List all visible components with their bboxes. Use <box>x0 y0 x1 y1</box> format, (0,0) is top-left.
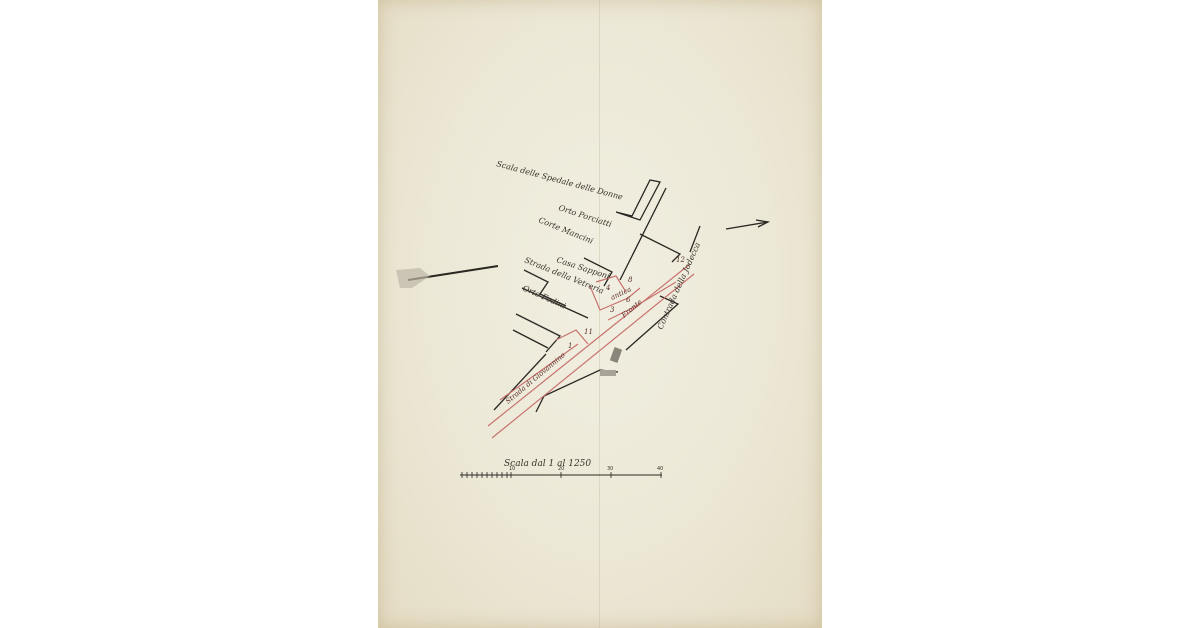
label-street-top: Scala delle Spedale delle Donne <box>495 159 624 202</box>
svg-text:40: 40 <box>657 466 663 472</box>
map-drawing: Scala delle Spedale delle Donne Orto Por… <box>0 0 1200 628</box>
label-lot-8: 8 <box>628 276 633 284</box>
label-strada-lower: Strada di Giovannino <box>504 351 567 405</box>
label-lot-6: 6 <box>626 296 631 304</box>
svg-text:10: 10 <box>509 466 515 472</box>
label-lot-1: 1 <box>568 342 572 350</box>
label-lot-fronte: Fronte <box>619 298 643 320</box>
scale-title: Scala dal 1 al 1250 <box>504 459 591 469</box>
label-lot-11: 11 <box>584 328 593 336</box>
gate-hatch-2 <box>600 370 616 376</box>
label-lot-3: 3 <box>610 306 615 314</box>
compass-arrow-east-icon <box>726 220 768 229</box>
scale-bar: Scala dal 1 al 1250 10 20 30 40 <box>460 459 663 478</box>
svg-text:30: 30 <box>607 466 613 472</box>
svg-text:20: 20 <box>558 466 564 472</box>
gate-hatch <box>610 347 622 363</box>
label-lot-4: 4 <box>605 284 610 292</box>
compass-arrow-west-icon <box>396 266 498 288</box>
label-lot-12: 12 <box>676 256 685 264</box>
